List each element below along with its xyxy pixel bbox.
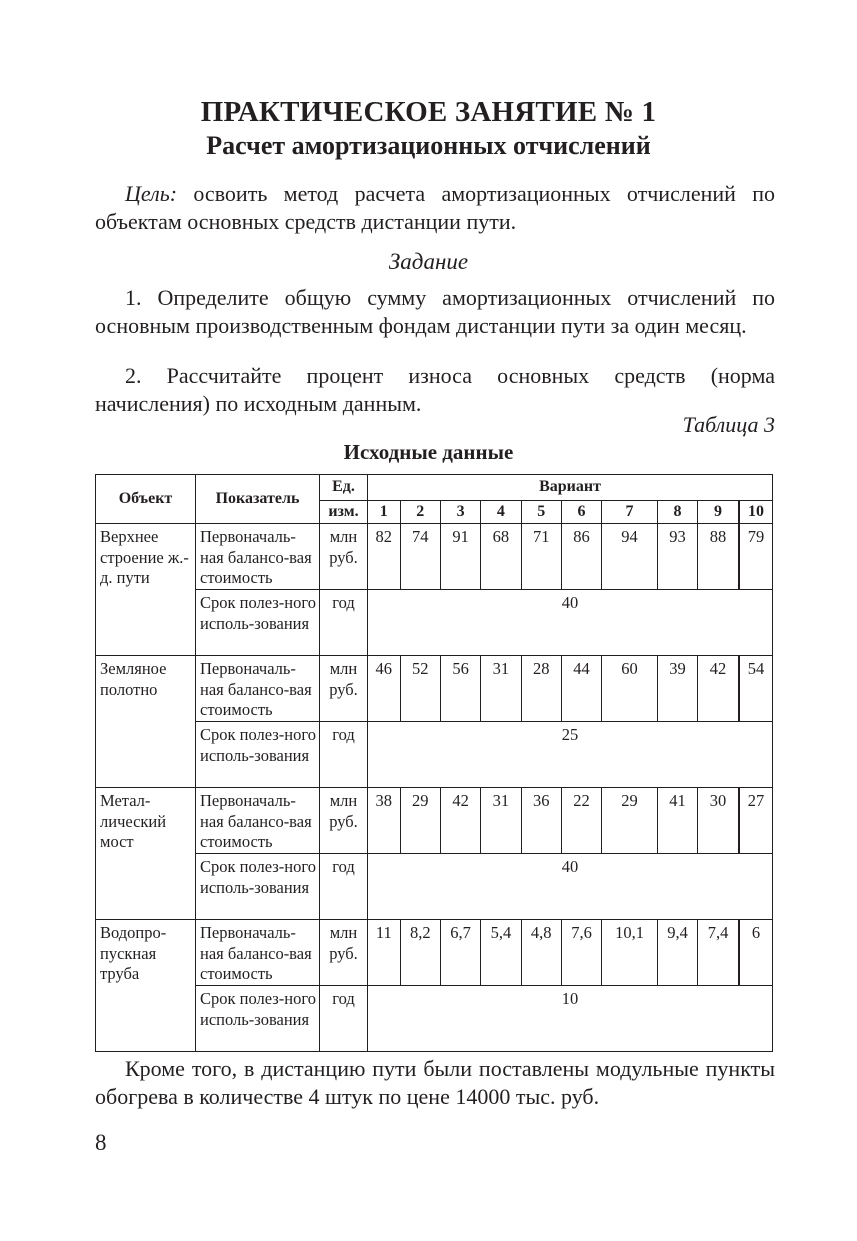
table-title: Исходные данные [0,440,857,465]
page-title: ПРАКТИЧЕСКОЕ ЗАНЯТИЕ № 1 [0,96,857,129]
value-cell: 39 [657,656,697,722]
header-variant-2: 2 [400,501,440,524]
header-unit-2: изм. [320,501,368,524]
header-variant-10: 10 [739,501,773,524]
value-cell: 28 [521,656,561,722]
value-cell: 6,7 [440,920,480,986]
useful-life-value: 40 [368,854,773,920]
indicator-cell: Срок полез-ного исполь-зования [196,986,320,1052]
unit-cell: млн руб. [320,656,368,722]
indicator-cell: Первоначаль-ная балансо-вая стоимость [196,524,320,590]
value-cell: 11 [368,920,401,986]
header-variant-6: 6 [561,501,601,524]
value-cell: 27 [739,788,773,854]
header-variant-9: 9 [698,501,739,524]
value-cell: 22 [561,788,601,854]
table-row: Срок полез-ного исполь-зованиягод10 [96,986,773,1052]
unit-cell: год [320,590,368,656]
indicator-cell: Срок полез-ного исполь-зования [196,854,320,920]
object-cell: Верхнее строение ж.-д. пути [96,524,196,656]
header-variant-4: 4 [481,501,521,524]
source-data-table: Объект Показатель Ед. Вариант изм. 12345… [95,474,773,1052]
header-variant-7: 7 [602,501,658,524]
unit-cell: млн руб. [320,788,368,854]
value-cell: 42 [698,656,739,722]
header-indicator: Показатель [196,475,320,524]
indicator-cell: Срок полез-ного исполь-зования [196,722,320,788]
value-cell: 86 [561,524,601,590]
value-cell: 6 [739,920,773,986]
unit-cell: млн руб. [320,524,368,590]
useful-life-value: 10 [368,986,773,1052]
indicator-cell: Срок полез-ного исполь-зования [196,590,320,656]
header-object: Объект [96,475,196,524]
header-variant-5: 5 [521,501,561,524]
header-variant-8: 8 [657,501,697,524]
object-cell: Метал-лический мост [96,788,196,920]
goal-paragraph: Цель: освоить метод расчета амортизацион… [95,180,775,236]
value-cell: 46 [368,656,401,722]
unit-cell: год [320,722,368,788]
header-variant-1: 1 [368,501,401,524]
value-cell: 94 [602,524,658,590]
task-item-2: 2. Рассчитайте процент износа основных с… [95,362,775,418]
table-row: Водопро-пускная трубаПервоначаль-ная бал… [96,920,773,986]
object-cell: Водопро-пускная труба [96,920,196,1052]
value-cell: 9,4 [657,920,697,986]
value-cell: 29 [400,788,440,854]
table-row: Срок полез-ного исполь-зованиягод25 [96,722,773,788]
value-cell: 68 [481,524,521,590]
value-cell: 29 [602,788,658,854]
value-cell: 44 [561,656,601,722]
indicator-cell: Первоначаль-ная балансо-вая стоимость [196,656,320,722]
value-cell: 71 [521,524,561,590]
unit-cell: год [320,854,368,920]
unit-cell: млн руб. [320,920,368,986]
value-cell: 82 [368,524,401,590]
value-cell: 52 [400,656,440,722]
header-variant-3: 3 [440,501,480,524]
value-cell: 4,8 [521,920,561,986]
value-cell: 7,6 [561,920,601,986]
header-unit-1: Ед. [320,475,368,501]
value-cell: 42 [440,788,480,854]
page-subtitle: Расчет амортизационных отчислений [0,131,857,161]
table-label: Таблица 3 [683,412,775,438]
table-row: Срок полез-ного исполь-зованиягод40 [96,854,773,920]
value-cell: 91 [440,524,480,590]
header-variant: Вариант [368,475,773,501]
value-cell: 8,2 [400,920,440,986]
value-cell: 36 [521,788,561,854]
task-item-1: 1. Определите общую сумму амортизационны… [95,284,775,340]
value-cell: 7,4 [698,920,739,986]
value-cell: 31 [481,656,521,722]
unit-cell: год [320,986,368,1052]
value-cell: 56 [440,656,480,722]
additional-paragraph: Кроме того, в дистанцию пути были постав… [95,1055,775,1111]
goal-text: освоить метод расчета амортизационных от… [95,181,775,234]
table-row: Срок полез-ного исполь-зованиягод40 [96,590,773,656]
table-row: Земляное полотноПервоначаль-ная балансо-… [96,656,773,722]
table-row: Верхнее строение ж.-д. путиПервоначаль-н… [96,524,773,590]
object-cell: Земляное полотно [96,656,196,788]
indicator-cell: Первоначаль-ная балансо-вая стоимость [196,788,320,854]
value-cell: 54 [739,656,773,722]
value-cell: 5,4 [481,920,521,986]
useful-life-value: 40 [368,590,773,656]
value-cell: 30 [698,788,739,854]
value-cell: 41 [657,788,697,854]
value-cell: 88 [698,524,739,590]
value-cell: 93 [657,524,697,590]
value-cell: 38 [368,788,401,854]
value-cell: 10,1 [602,920,658,986]
useful-life-value: 25 [368,722,773,788]
value-cell: 60 [602,656,658,722]
table-row: Метал-лический мостПервоначаль-ная балан… [96,788,773,854]
value-cell: 79 [739,524,773,590]
goal-label: Цель: [125,181,177,206]
task-heading: Задание [0,249,857,275]
indicator-cell: Первоначаль-ная балансо-вая стоимость [196,920,320,986]
page-number: 8 [95,1130,107,1156]
value-cell: 31 [481,788,521,854]
value-cell: 74 [400,524,440,590]
